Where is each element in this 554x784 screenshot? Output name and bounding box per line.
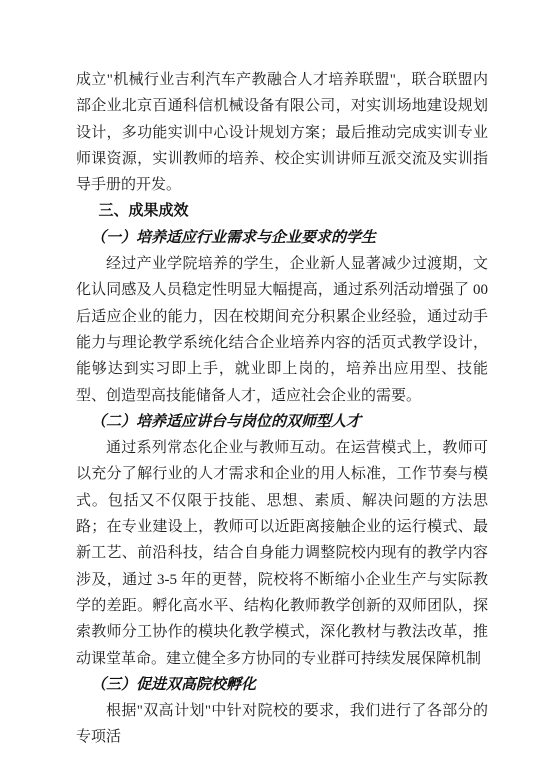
subsection-heading-students: （一）培养适应行业需求与企业要求的学生 [76,225,488,251]
paragraph-dual-teachers: 通过系列常态化企业与教师互动。在运营模式上，教师可以充分了解行业的人才需求和企业… [76,435,488,672]
document-page: 成立"机械行业吉利汽车产教融合人才培养联盟"，联合联盟内部企业北京百通科信机械设… [0,0,554,784]
subsection-heading-incubation: （三）促进双高院校孵化 [76,672,488,698]
page-content: 成立"机械行业吉利汽车产教融合人才培养联盟"，联合联盟内部企业北京百通科信机械设… [76,67,488,751]
subsection-heading-dual-teachers: （二）培养适应讲台与岗位的双师型人才 [76,409,488,435]
paragraph-incubation: 根据"双高计划"中针对院校的要求，我们进行了各部分的专项活 [76,698,488,751]
section-heading-achievements: 三、成果成效 [76,198,488,224]
paragraph-students: 经过产业学院培养的学生，企业新人显著减少过渡期，文化认同感及人员稳定性明显大幅提… [76,251,488,409]
paragraph-continuation: 成立"机械行业吉利汽车产教融合人才培养联盟"，联合联盟内部企业北京百通科信机械设… [76,67,488,198]
